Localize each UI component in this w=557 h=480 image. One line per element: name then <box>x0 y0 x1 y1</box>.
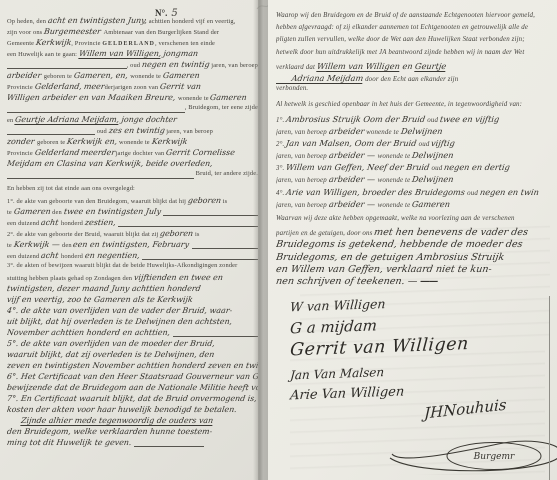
text-line: nen schrijven of teekenen. — —— <box>276 276 557 288</box>
text-line: Bruidegoms is getekend, hebbende de moed… <box>276 239 557 251</box>
text-line: te Kerkwijk — den een en twintigsten, Fe… <box>7 240 258 251</box>
text-line: November achttien honderd en achttien, <box>7 328 258 339</box>
text-line: jaren, van beroep arbeider wonende te De… <box>276 126 557 138</box>
text-line: 2°. Jan van Malsen, Oom der Bruid oud vi… <box>276 138 557 150</box>
text-line: uit blijkt, dat hij overleden is te Delw… <box>7 317 258 328</box>
fill-in-rule <box>192 248 258 249</box>
text-line: Provincie Gelderland meerderjarige docht… <box>7 148 258 159</box>
fill-in-rule <box>7 68 127 69</box>
text-line: hebben afgevraagd: of zij elkander aanne… <box>276 24 557 36</box>
text-line: , oud negen en twintig jaren, van beroep <box>7 60 258 71</box>
text-line: Waarop wij den Bruidegom en de Bruid of … <box>276 12 557 24</box>
text-line: Al hetwelk is geschied openbaar in het h… <box>276 101 557 113</box>
text-line: jaren, van beroep arbeider — wonende te … <box>276 174 557 186</box>
fill-in-rule <box>173 336 258 337</box>
text-line: zeven en twintigsten November achttien h… <box>7 361 258 372</box>
text-line: oud zes en twintig jaren, van beroep <box>7 126 258 137</box>
text-line: Provincie Gelderland, meerderjarigen zoo… <box>7 82 258 93</box>
text-line: Bruidegoms, en de getuigen Ambrosius Str… <box>276 252 557 264</box>
text-line: bewijzende dat de Bruidegom aan de Natio… <box>7 383 258 394</box>
mayor-title-label: Burgemr <box>473 452 515 462</box>
mayor-signature: JHNouhuis Burgemr <box>386 398 557 480</box>
document-number: N°. 5 <box>7 3 258 16</box>
text-line: pligten zullen vervullen, welke door de … <box>276 36 557 48</box>
text-line: 3°. de akten of bewijzen waaruit blijkt … <box>7 262 258 273</box>
text-line: te Gameren den twee en twintigsten July <box>7 207 258 218</box>
left-page: N°. 5 Op heden, den acht en twintigsten … <box>0 0 258 480</box>
text-line: Waarvan wij deze akte hebben opgemaakt, … <box>276 215 557 227</box>
signature-witness-malsen: Jan Van Malsen <box>290 358 557 383</box>
text-line: 1°. de akte van geboorte van den Bruideg… <box>7 196 258 207</box>
text-line: een duizend acht honderd en negentien, <box>7 251 258 262</box>
text-line: 2°. de akte van geboorte der Bruid, waar… <box>7 229 258 240</box>
text-line: twintigsten, dezer maand Juny achttien h… <box>7 284 258 295</box>
text-line: stuiting hebben plaats gehad op Zondagen… <box>7 273 258 284</box>
document-number-label: N°. <box>155 8 167 18</box>
text-line: Meijdam en Clasina van Kerkwijk, beide o… <box>7 159 258 170</box>
text-line: 4°. de akte van overlijden van de vader … <box>7 306 258 317</box>
left-page-text: Op heden, den acht en twintigsten Juny, … <box>7 16 258 449</box>
text-line: Zijnde alhier mede tegenwoordig de ouder… <box>7 416 258 427</box>
text-line: Willigen arbeider en van Maaiken Breure,… <box>7 93 258 104</box>
text-line: kosten der akten voor haar huwelijk beno… <box>7 405 258 416</box>
fill-in-rule <box>7 112 185 113</box>
text-line: vijf en veertig, zoo te Gameren als te K… <box>7 295 258 306</box>
text-line: ming tot dit Huwelijk te geven. <box>7 438 258 449</box>
mayor-signature-flourish-icon: Burgemr <box>386 418 557 478</box>
page-edge-line <box>549 296 550 480</box>
fill-in-rule <box>163 215 258 216</box>
text-line: een duizend acht honderd zestien, <box>7 218 258 229</box>
text-line: waaruit blijkt, dat zij overleden is te … <box>7 350 258 361</box>
text-line: en Geurtje Adriana Meijdam, jonge dochte… <box>7 115 258 126</box>
fill-in-rule <box>118 226 258 227</box>
text-line: den Bruidegom, welke verklaarden hunne t… <box>7 427 258 438</box>
text-line: een Huwelijk aan te gaan: Willem van Wil… <box>7 49 258 60</box>
text-line: partijen en de getuigen, door ons met he… <box>276 227 557 239</box>
fill-in-rule <box>142 259 258 260</box>
text-line: Gemeente Kerkwijk, Provincie Gelderland,… <box>7 38 258 49</box>
text-line: 7°. En Certificaat waaruit blijkt, dat d… <box>7 394 258 405</box>
text-line: jaren, van beroep arbeider — wonende te … <box>276 150 557 162</box>
text-line: Op heden, den acht en twintigsten Juny, … <box>7 16 258 27</box>
text-line: verbonden. <box>276 85 557 97</box>
text-line: , Bruidegom, ter eene zijde <box>7 104 258 115</box>
fill-in-rule <box>7 134 95 135</box>
right-page: Waarop wij den Bruidegom en de Bruid of … <box>268 0 557 480</box>
text-line: 4°. Arie van Willigen, broeder des Bruid… <box>276 187 557 199</box>
text-line: arbeider geboren te Gameren, en, wonende… <box>7 71 258 82</box>
text-line: en Willem van Geffen, verklaard niet te … <box>276 264 557 276</box>
text-line: verklaard dat Willem van Willigen en Geu… <box>276 61 557 73</box>
text-line: 3°. Willem van Geffen, Neef der Bruid ou… <box>276 162 557 174</box>
right-page-text: Waarop wij den Bruidegom en de Bruid of … <box>276 12 557 288</box>
text-line: En hebben zij tot dat einde aan ons over… <box>7 185 258 196</box>
text-line: 5°. de akte van overlijden van de moeder… <box>7 339 258 350</box>
text-line: jaren, van beroep arbeider — wonende te … <box>276 199 557 211</box>
text-line: hetwelk door hun uitdrukkelijk met JA be… <box>276 49 557 61</box>
text-line: 6°. Het Certificaat van den Heer Staatsr… <box>7 372 258 383</box>
fill-in-rule <box>7 178 194 179</box>
text-line: zijn voor ons Burgemeester Ambtenaar van… <box>7 27 258 38</box>
text-line: 1°. Ambrosius Struijk Oom der Bruid oud … <box>276 114 557 126</box>
scanned-marriage-record: { "page_left": { "number_label": "N°.", … <box>0 0 557 480</box>
text-line: Bruid, ter andere zijde. <box>7 170 258 181</box>
text-line: zonder geboren te Kerkwijk en, wonende t… <box>7 137 258 148</box>
text-line: Adriana Meijdam door den Echt aan elkand… <box>276 73 557 85</box>
fill-in-rule <box>134 446 204 447</box>
signature-block: W van Willigen G a mijdam Gerrit van Wil… <box>276 294 557 398</box>
